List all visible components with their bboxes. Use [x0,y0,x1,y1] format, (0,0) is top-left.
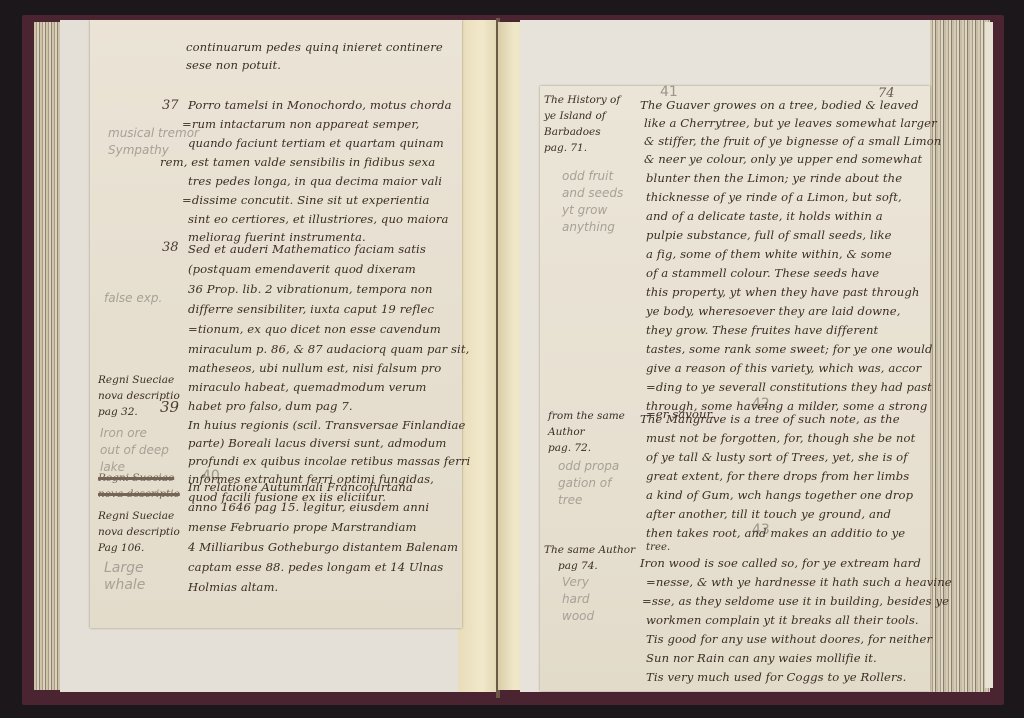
left-gutter-fold [458,20,498,692]
text-line: workmen complain yt it breaks all their … [646,613,919,627]
text-line: great extent, for there drops from her l… [646,469,909,483]
text-line: Holmias altam. [188,580,278,594]
text-line: then takes root, and makes an additio to… [646,526,905,540]
text-line: Tis very much used for Coggs to ye Rolle… [646,670,906,684]
text-line: Tis good for any use without doores, for… [646,632,932,646]
text-line: mense Februario prope Marstrandiam [188,520,417,534]
text-line: Sun nor Rain can any waies mollifie it. [646,651,877,665]
right-page-stack-edge [930,20,990,692]
text-line: Iron wood is soe called so, for ye extre… [640,556,921,570]
text-line: anno 1646 pag 15. legitur, eiusdem anni [188,500,429,514]
text-line: must not be forgotten, for, though she b… [646,431,915,445]
left-page-stack-edge [34,22,62,690]
text-line: captam esse 88. pedes longam et 14 Ulnas [188,560,443,574]
text-line: =sse, as they seldome use it in building… [642,594,949,608]
text-line: tree. [646,542,670,553]
text-line: =er savour. [646,407,715,421]
text-line: =nesse, & wth ye hardnesse it hath such … [646,575,952,589]
text-line: after another, till it touch ye ground, … [646,507,891,521]
right-leaf-lower-entries: =er savour. The Mangrave is a tree of su… [540,86,930,691]
left-leaf-entry-40: In relatione Autumnali Francofurtana ann… [90,20,462,628]
text-line: 4 Milliaribus Gotheburgo distantem Balen… [188,540,458,554]
text-line: a kind of Gum, wch hangs together one dr… [646,488,913,502]
right-endpaper-edge [985,22,993,688]
text-line: In relatione Autumnali Francofurtana [188,480,413,494]
text-line: of ye tall & lusty sort of Trees, yet, s… [646,450,908,464]
